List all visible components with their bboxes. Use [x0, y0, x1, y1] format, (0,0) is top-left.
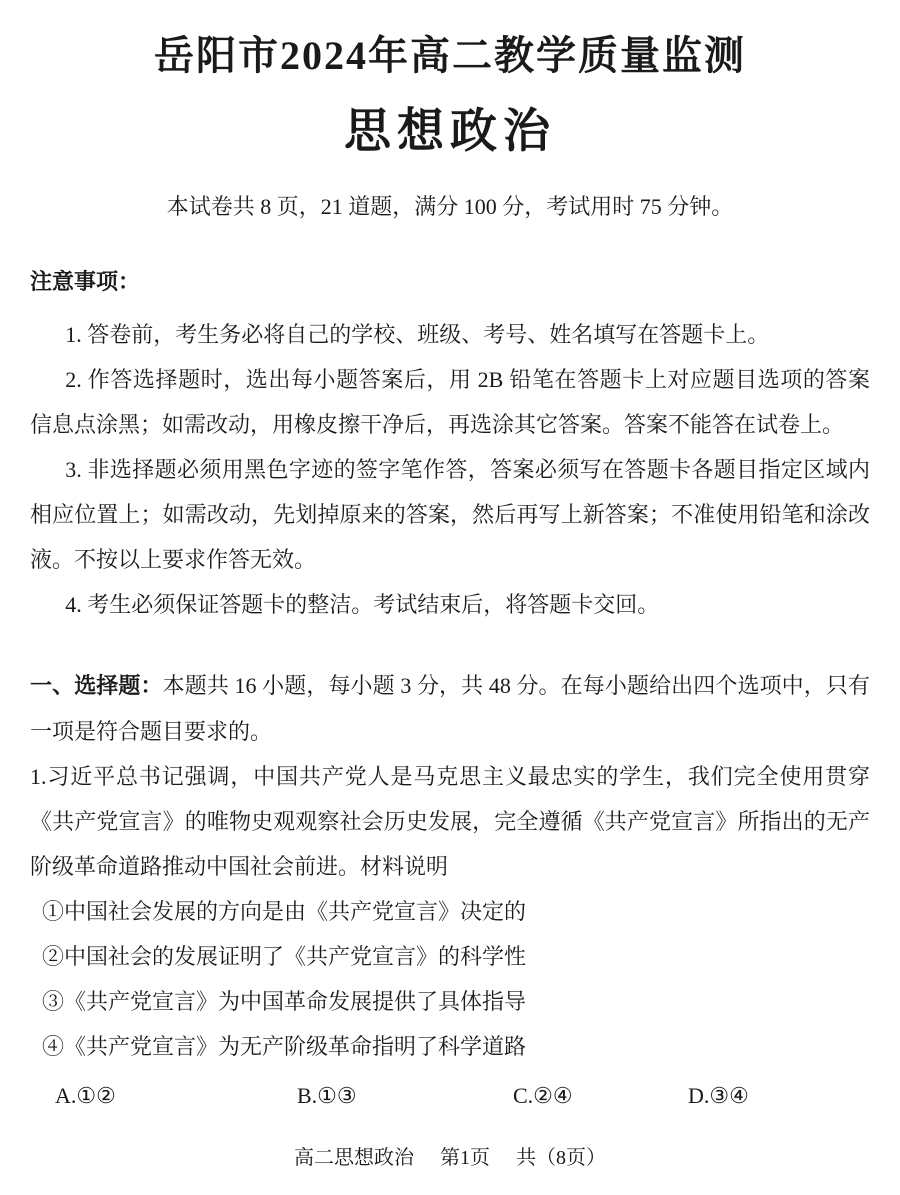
statement-3: ③《共产党宣言》为中国革命发展提供了具体指导: [30, 979, 870, 1024]
exam-info-line: 本试卷共 8 页，21 道题，满分 100 分，考试用时 75 分钟。: [30, 192, 870, 222]
footer-page-number: 第1页: [440, 1147, 490, 1169]
section-header: 一、选择题：本题共 16 小题，每小题 3 分，共 48 分。在每小题给出四个选…: [30, 663, 870, 754]
answer-choice-a: A.①②: [55, 1073, 116, 1118]
notice-list: 1. 答卷前，考生务必将自己的学校、班级、考号、姓名填写在答题卡上。 2. 作答…: [30, 312, 870, 627]
exam-subject: 思想政治: [30, 106, 870, 158]
footer-course: 高二思想政治: [294, 1147, 414, 1169]
footer-page-total: 共（8页）: [516, 1147, 606, 1169]
statement-1: ①中国社会发展的方向是由《共产党宣言》决定的: [30, 889, 870, 934]
exam-title: 岳阳市2024年高二教学质量监测: [30, 32, 870, 80]
answer-choice-row: A.①② B.①③ C.②④ D.③④: [30, 1073, 870, 1118]
notice-item-2: 2. 作答选择题时，选出每小题答案后，用 2B 铅笔在答题卡上对应题目选项的答案…: [30, 357, 870, 447]
statement-2: ②中国社会的发展证明了《共产党宣言》的科学性: [30, 934, 870, 979]
question-1-stem: 1.习近平总书记强调，中国共产党人是马克思主义最忠实的学生，我们完全使用贯穿《共…: [30, 754, 870, 889]
answer-choice-b: B.①③: [297, 1073, 357, 1118]
notice-item-1: 1. 答卷前，考生务必将自己的学校、班级、考号、姓名填写在答题卡上。: [30, 312, 870, 357]
exam-page: 岳阳市2024年高二教学质量监测 思想政治 本试卷共 8 页，21 道题，满分 …: [0, 0, 900, 1195]
question-1-statements: ①中国社会发展的方向是由《共产党宣言》决定的 ②中国社会的发展证明了《共产党宣言…: [30, 889, 870, 1069]
notice-item-3: 3. 非选择题必须用黑色字迹的签字笔作答，答案必须写在答题卡各题目指定区域内相应…: [30, 447, 870, 582]
page-footer: 高二思想政治第1页共（8页）: [30, 1144, 870, 1172]
notice-item-4: 4. 考生必须保证答题卡的整洁。考试结束后，将答题卡交回。: [30, 582, 870, 627]
notice-heading: 注意事项：: [30, 268, 870, 298]
section-title: 一、选择题：: [30, 674, 163, 699]
answer-choice-c: C.②④: [513, 1073, 573, 1118]
answer-choice-d: D.③④: [688, 1073, 749, 1118]
statement-4: ④《共产党宣言》为无产阶级革命指明了科学道路: [30, 1024, 870, 1069]
